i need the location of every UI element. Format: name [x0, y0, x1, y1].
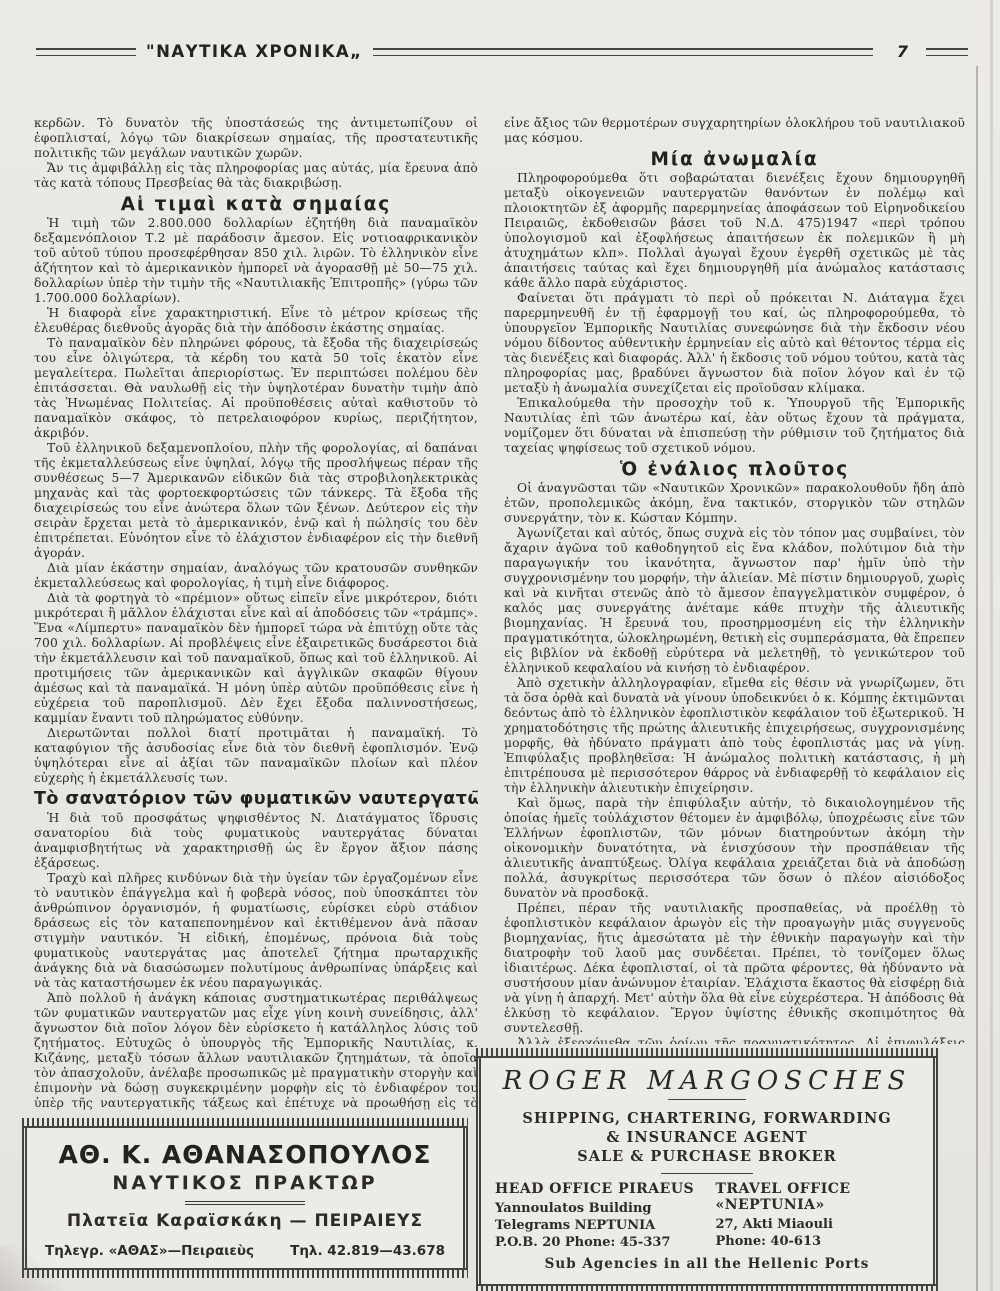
paragraph: Διὰ μίαν ἑκάστην σημαίαν, ἀναλόγως τῶν κ… — [34, 561, 478, 591]
paragraph: Ἀπὸ σχετικὴν ἀλληλογραφίαν, εἴμεθα εἰς θ… — [504, 676, 965, 796]
paragraph: Ἄν τις ἀμφιβάλλῃ εἰς τὰς πληροφορίας μας… — [34, 161, 478, 191]
advertiser-name: ROGER MARGOSCHES — [493, 1066, 921, 1096]
decorative-hatch-border — [476, 1284, 938, 1291]
advertiser-role: ΝΑΥΤΙΚΟΣ ΠΡΑΚΤΩΡ — [41, 1172, 449, 1194]
magazine-page: "ΝΑΥΤΙΚΑ ΧΡΟΝΙΚΑ„ 7 κερδῶν. Τὸ δυνατὸν τ… — [0, 0, 1000, 1291]
decorative-hatch-border — [22, 1118, 468, 1128]
paragraph: Ἡ τιμὴ τῶν 2.800.000 δολλαρίων ἐζητήθη δ… — [34, 216, 478, 306]
detail-line: Phone: 40-613 — [715, 1233, 919, 1250]
phone-numbers: Τηλ. 42.819—43.678 — [290, 1243, 445, 1259]
paragraph: Τὸ παναμαϊκὸν δὲν πληρώνει φόρους, τὰ ἔξ… — [34, 336, 478, 441]
page-number: 7 — [883, 42, 916, 61]
advertiser-address: Πλατεῖα Καραϊσκάκη — ΠΕΙΡΑΙΕΥΣ — [41, 1211, 449, 1231]
double-rule — [373, 48, 873, 56]
masthead: "ΝΑΥΤΙΚΑ ΧΡΟΝΙΚΑ„ 7 — [36, 42, 968, 61]
detail-line: 27, Akti Miaouli — [715, 1216, 919, 1233]
section-heading-prices-by-flag: Αἱ τιμαὶ κατὰ σημαίας — [34, 197, 478, 212]
paragraph: Τοῦ ἑλληνικοῦ δεξαμενοπλοίου, πλὴν τῆς φ… — [34, 441, 478, 561]
divider-rule — [661, 1173, 753, 1174]
sub-agencies-note: Sub Agencies in all the Hellenic Ports — [493, 1256, 921, 1272]
paragraph: Ἡ διὰ τοῦ προσφάτως ψηφισθέντος Ν. Διατά… — [34, 811, 478, 871]
paragraph: Ἀγωνίζεται καὶ αὐτός, ὅπως συχνὰ εἰς τὸν… — [504, 526, 965, 676]
travel-office-details: 27, Akti MiaouliPhone: 40-613 — [715, 1216, 919, 1250]
paragraph: Οἱ ἀναγνῶσται τῶν «Ναυτικῶν Χρονικῶν» πα… — [504, 481, 965, 526]
paragraph: Πληροφορούμεθα ὅτι σοβαρώταται διενέξεις… — [504, 171, 965, 291]
divider-rule — [668, 1099, 746, 1100]
paragraph: Πρέπει, πέραν τῆς ναυτιλιακῆς προσπαθεία… — [504, 901, 965, 1036]
corner-fold-shadow — [0, 1245, 70, 1291]
paragraph: Ἀλλὰ ἐξερχόμεθα τῶν ὁρίων τῆς πραγματικό… — [504, 1036, 965, 1044]
page-edge-shadow — [990, 0, 993, 1291]
section-prices-paragraphs: Ἡ τιμὴ τῶν 2.800.000 δολλαρίων ἐζητήθη δ… — [34, 216, 478, 786]
section-heading-sanatorium: Τὸ σανατόριον τῶν φυματικῶν ναυτεργατῶν — [34, 792, 478, 807]
paragraph: Διὰ τὰ φορτηγὰ τὸ «πρέμιον» οὕτως εἰπεῖν… — [34, 591, 478, 726]
travel-office-block: TRAVEL OFFICE «NEPTUNIA» 27, Akti Miaoul… — [715, 1181, 919, 1251]
head-office-details: Yannoulatos BuildingTelegrams NEPTUNIAP.… — [495, 1200, 715, 1251]
advertiser-name: ΑΘ. Κ. ΑΘΑΝΑΣΟΠΟΥΛΟΣ — [41, 1140, 449, 1169]
intro-paragraphs: εἶνε ἄξιος τῶν θερμοτέρων συγχαρητηρίων … — [504, 116, 965, 146]
services-line: SALE & PURCHASE BROKER — [493, 1147, 921, 1166]
telegraph-address: Τηλεγρ. «ΑΘΑΣ»—Πειραιεὺς — [45, 1243, 254, 1259]
head-office-label: HEAD OFFICE PIRAEUS — [495, 1181, 715, 1197]
divider-rule — [185, 1201, 305, 1205]
detail-line: Telegrams NEPTUNIA — [495, 1217, 715, 1234]
paragraph: Τραχὺ καὶ πλῆρες κινδύνων διὰ τὴν ὑγείαν… — [34, 871, 478, 991]
section-heading-sea-wealth: Ὁ ἐνάλιος πλοῦτος — [504, 462, 965, 477]
travel-office-label: TRAVEL OFFICE «NEPTUNIA» — [715, 1181, 919, 1213]
paragraph: Ἡ διαφορὰ εἶνε χαρακτηριστική. Εἶνε τὸ μ… — [34, 306, 478, 336]
decorative-hatch-border — [22, 1268, 468, 1278]
section-heading-anomaly: Μία ἀνωμαλία — [504, 152, 965, 167]
right-column: εἶνε ἄξιος τῶν θερμοτέρων συγχαρητηρίων … — [504, 116, 965, 1044]
margosches-ad: ROGER MARGOSCHES SHIPPING, CHARTERING, F… — [476, 1048, 938, 1291]
section-sanatorium-paragraphs: Ἡ διὰ τοῦ προσφάτως ψηφισθέντος Ν. Διατά… — [34, 811, 478, 1112]
double-rule — [36, 48, 136, 56]
left-column: κερδῶν. Τὸ δυνατὸν τῆς ὑποστάσεώς της ἀν… — [34, 116, 478, 1112]
paragraph: κερδῶν. Τὸ δυνατὸν τῆς ὑποστάσεώς της ἀν… — [34, 116, 478, 161]
section-sea-wealth-paragraphs: Οἱ ἀναγνῶσται τῶν «Ναυτικῶν Χρονικῶν» πα… — [504, 481, 965, 1044]
paragraph: Καὶ ὅμως, παρὰ τὴν ἐπιφύλαξιν αὐτήν, τὸ … — [504, 796, 965, 901]
magazine-title: "ΝΑΥΤΙΚΑ ΧΡΟΝΙΚΑ„ — [146, 42, 363, 61]
section-anomaly-paragraphs: Πληροφορούμεθα ὅτι σοβαρώταται διενέξεις… — [504, 171, 965, 456]
services-line: SHIPPING, CHARTERING, FORWARDING — [493, 1109, 921, 1128]
paragraph: Φαίνεται ὅτι πράγματι τὸ περὶ οὗ πρόκειτ… — [504, 291, 965, 396]
paragraph: Ἐπικαλούμεθα τὴν προσοχὴν τοῦ κ. Ὑπουργο… — [504, 396, 965, 456]
page-edge-shadow — [976, 66, 978, 1291]
paragraph: Διερωτῶνται πολλοὶ διατί προτιμᾶται ἡ πα… — [34, 726, 478, 786]
services-line: & INSURANCE AGENT — [493, 1128, 921, 1147]
detail-line: P.O.B. 20 Phone: 45-337 — [495, 1234, 715, 1251]
head-office-block: HEAD OFFICE PIRAEUS Yannoulatos Building… — [495, 1181, 715, 1251]
paragraph: Ἀπὸ πολλοῦ ἡ ἀνάγκη κάποιας συστηματικωτ… — [34, 991, 478, 1112]
athanasopoulos-ad: ΑΘ. Κ. ΑΘΑΝΑΣΟΠΟΥΛΟΣ ΝΑΥΤΙΚΟΣ ΠΡΑΚΤΩΡ Πλ… — [22, 1118, 468, 1278]
double-rule — [926, 48, 968, 56]
paragraph: εἶνε ἄξιος τῶν θερμοτέρων συγχαρητηρίων … — [504, 116, 965, 146]
decorative-hatch-border — [476, 1048, 938, 1058]
detail-line: Yannoulatos Building — [495, 1200, 715, 1217]
intro-paragraphs: κερδῶν. Τὸ δυνατὸν τῆς ὑποστάσεώς της ἀν… — [34, 116, 478, 191]
